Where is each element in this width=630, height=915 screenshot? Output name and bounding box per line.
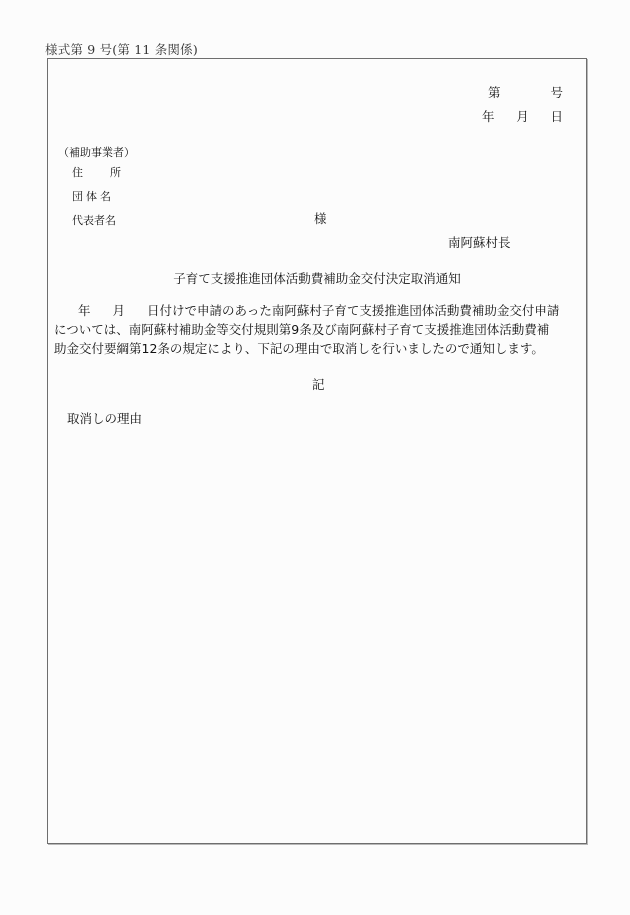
honorific-sama: 様: [314, 213, 327, 226]
document-number-suffix: 号: [550, 87, 563, 100]
sender-name: 南阿蘇村長: [448, 237, 511, 250]
recipient-heading: （補助事業者）: [58, 147, 135, 158]
ki-heading: 記: [312, 379, 325, 392]
cancellation-reason-label: 取消しの理由: [67, 413, 142, 426]
representative-label: 代表者名: [72, 215, 116, 226]
document-frame: 第 号 年 月 日 （補助事業者） 住 所 団体名 代表者名 様 南阿蘇村長 子…: [47, 58, 587, 844]
address-label-part: 住: [72, 167, 83, 178]
address-label-part: 所: [110, 167, 121, 178]
group-name-label: 団体名: [72, 191, 114, 202]
date-day: 日: [550, 111, 563, 124]
date-row: 年 月 日: [482, 111, 563, 124]
date-year: 年: [482, 111, 495, 124]
body-year: 年: [78, 303, 91, 318]
document-number-prefix: 第: [488, 87, 501, 100]
document-number-row: 第 号: [488, 87, 563, 100]
document-title: 子育て支援推進団体活動費補助金交付決定取消通知: [48, 273, 586, 286]
date-month: 月: [516, 111, 529, 124]
address-label: 住 所: [72, 167, 121, 178]
body-line-1: 年月日付けで申請のあった南阿蘇村子育て支援推進団体活動費補助金交付申請: [54, 301, 584, 320]
body-line-2: については、南阿蘇村補助金等交付規則第9条及び南阿蘇村子育て支援推進団体活動費補: [54, 320, 584, 339]
notice-body: 年月日付けで申請のあった南阿蘇村子育て支援推進団体活動費補助金交付申請 について…: [54, 301, 584, 358]
body-line-1-text: 日付けで申請のあった南阿蘇村子育て支援推進団体活動費補助金交付申請: [147, 303, 559, 318]
body-line-3: 助金交付要綱第12条の規定により、下記の理由で取消しを行いましたので通知します。: [54, 339, 584, 358]
form-number: 様式第 9 号(第 11 条関係): [45, 40, 198, 58]
body-month: 月: [113, 303, 126, 318]
